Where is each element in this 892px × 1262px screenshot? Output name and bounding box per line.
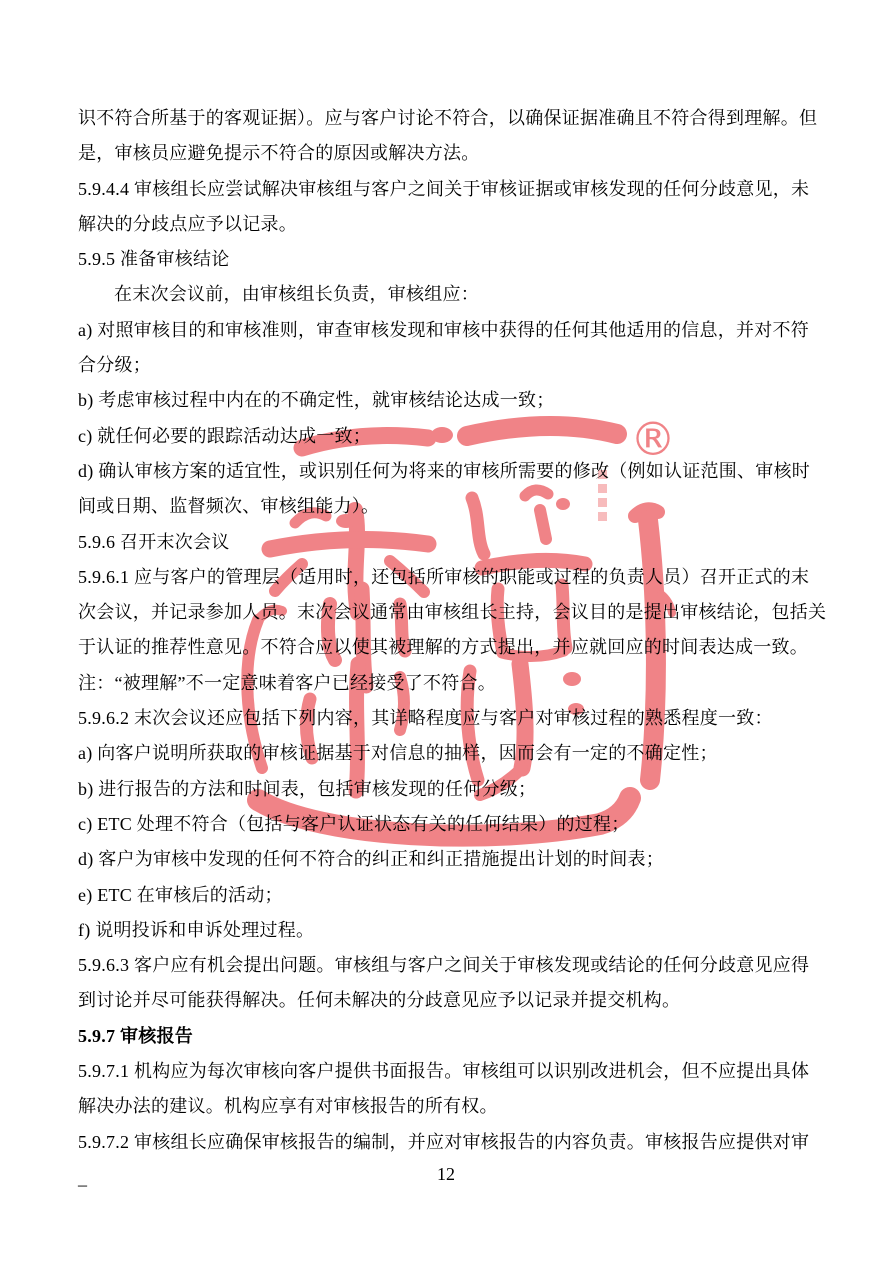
text-line: d) 确认审核方案的适宜性，或识别任何为将来的审核所需要的修改（例如认证范围、审…: [78, 454, 818, 489]
text-line: a) 对照审核目的和审核准则，审查审核发现和审核中获得的任何其他适用的信息，并对…: [78, 313, 818, 348]
text-line: 5.9.6.1 应与客户的管理层（适用时，还包括所审核的职能或过程的负责人员）召…: [78, 560, 818, 595]
text-line: 间或日期、监督频次、审核组能力）。: [78, 489, 818, 524]
page-number: 12: [0, 1163, 892, 1185]
text-line: 是，审核员应避免提示不符合的原因或解决方法。: [78, 136, 818, 171]
text-line: 于认证的推荐性意见。不符合应以使其被理解的方式提出，并应就回应的时间表达成一致。: [78, 630, 818, 665]
text-line: 解决的分歧点应予以记录。: [78, 207, 818, 242]
text-line: f) 说明投诉和申诉处理过程。: [78, 913, 818, 948]
text-line: 5.9.5 准备审核结论: [78, 242, 818, 277]
text-line: 5.9.6.3 客户应有机会提出问题。审核组与客户之间关于审核发现或结论的任何分…: [78, 948, 818, 983]
text-line: 5.9.7.1 机构应为每次审核向客户提供书面报告。审核组可以识别改进机会，但不…: [78, 1054, 818, 1089]
text-line: b) 进行报告的方法和时间表，包括审核发现的任何分级；: [78, 772, 818, 807]
text-line: 5.9.4.4 审核组长应尝试解决审核组与客户之间关于审核证据或审核发现的任何分…: [78, 172, 818, 207]
text-line: c) ETC 处理不符合（包括与客户认证状态有关的任何结果）的过程；: [78, 807, 818, 842]
text-line: c) 就任何必要的跟踪活动达成一致；: [78, 419, 818, 454]
text-line: 5.9.7 审核报告: [78, 1019, 818, 1054]
text-line: 到讨论并尽可能获得解决。任何未解决的分歧意见应予以记录并提交机构。: [78, 983, 818, 1018]
document-page: 识不符合所基于的客观证据）。应与客户讨论不符合，以确保证据准确且不符合得到理解。…: [0, 0, 892, 1262]
text-line: e) ETC 在审核后的活动；: [78, 878, 818, 913]
text-line: 5.9.6.2 末次会议还应包括下列内容，其详略程度应与客户对审核过程的熟悉程度…: [78, 701, 818, 736]
text-line: 解决办法的建议。机构应享有对审核报告的所有权。: [78, 1089, 818, 1124]
text-line: 在末次会议前，由审核组长负责，审核组应：: [78, 277, 818, 312]
text-line: a) 向客户说明所获取的审核证据基于对信息的抽样，因而会有一定的不确定性；: [78, 736, 818, 771]
text-line: 识不符合所基于的客观证据）。应与客户讨论不符合，以确保证据准确且不符合得到理解。…: [78, 101, 818, 136]
text-line: 合分级；: [78, 348, 818, 383]
text-line: b) 考虑审核过程中内在的不确定性，就审核结论达成一致；: [78, 383, 818, 418]
text-line: 5.9.6 召开末次会议: [78, 525, 818, 560]
text-line: 注：“被理解”不一定意味着客户已经接受了不符合。: [78, 666, 818, 701]
text-line: 次会议，并记录参加人员。末次会议通常由审核组长主持，会议目的是提出审核结论，包括…: [78, 595, 818, 630]
text-line: d) 客户为审核中发现的任何不符合的纠正和纠正措施提出计划的时间表；: [78, 842, 818, 877]
document-lines: 识不符合所基于的客观证据）。应与客户讨论不符合，以确保证据准确且不符合得到理解。…: [78, 101, 818, 1160]
text-line: 5.9.7.2 审核组长应确保审核报告的编制，并应对审核报告的内容负责。审核报告…: [78, 1125, 818, 1160]
